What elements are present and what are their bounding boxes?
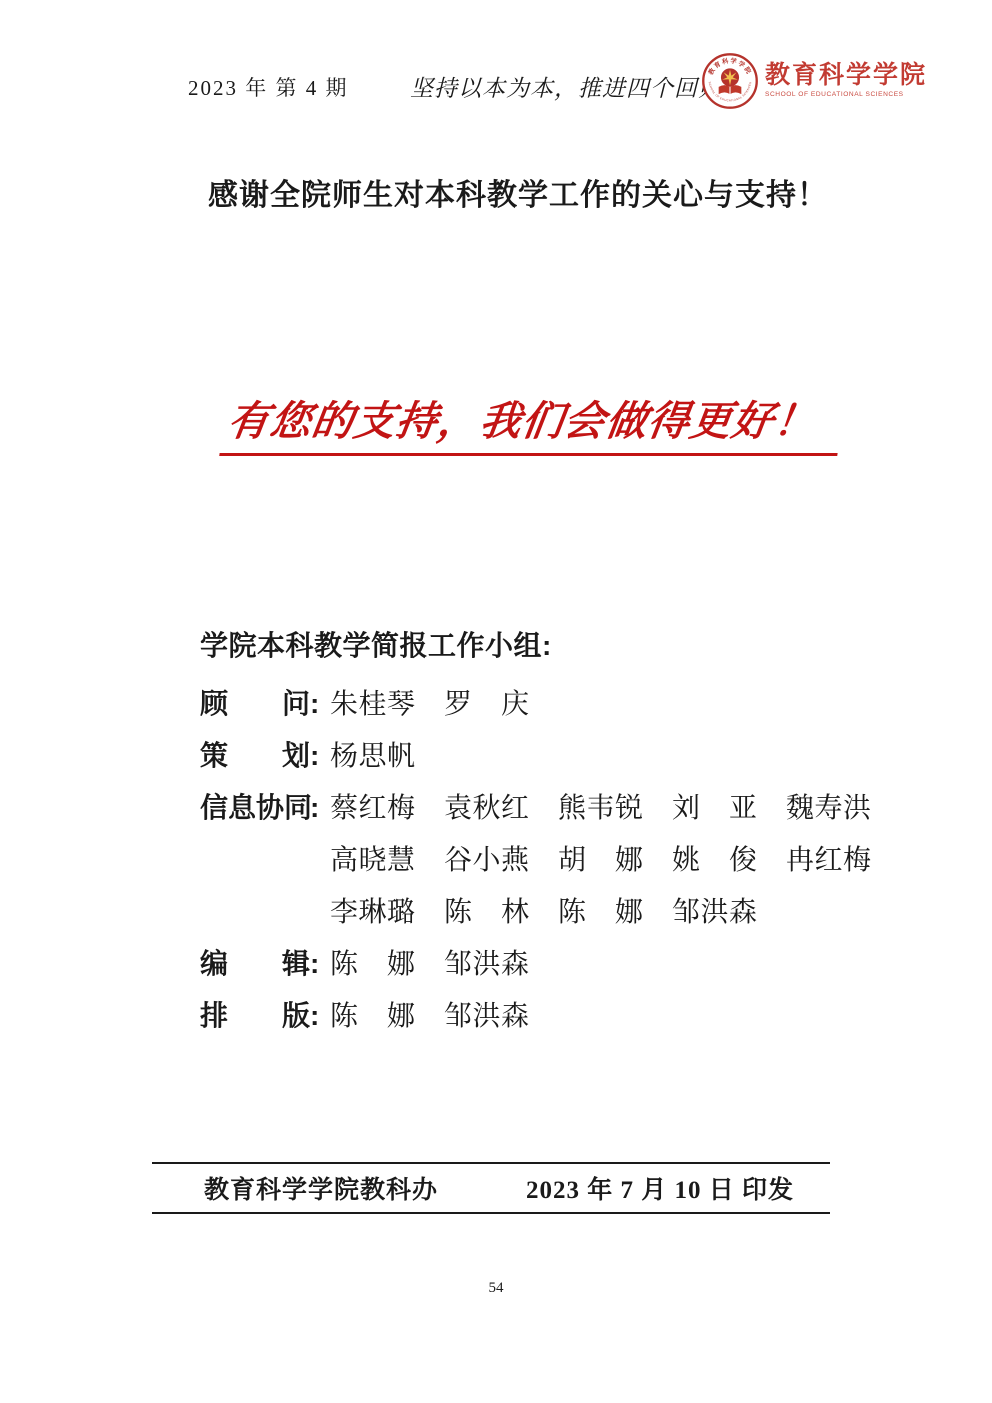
staff-names: 蔡红梅 袁秋红 熊韦锐 刘 亚 魏寿洪 [330,792,872,823]
staff-role-colon: : [310,938,324,990]
staff-role-colon: : [310,678,324,730]
staff-row-advisor: 顾问:朱桂琴 罗 庆 [200,678,872,730]
red-slogan-text: 有您的支持，我们会做得更好！ [219,388,847,456]
staff-role-label: 排版 [200,990,310,1042]
staff-row-layout: 排版:陈 娜 邹洪森 [200,990,872,1042]
school-logo: 教育科学学院 SCHOOL OF EDUCATIONAL SCIENCES 教育… [701,52,927,110]
staff-role-colon: : [310,782,324,834]
staff-role-colon: : [310,730,324,782]
staff-names: 高晓慧 谷小燕 胡 娜 姚 俊 冉红梅 [330,844,872,875]
staff-list-title: 学院本科教学简报工作小组: [200,620,872,672]
staff-role-label: 顾问 [200,678,310,730]
page-number: 54 [0,1280,992,1297]
staff-row-info-coordination-cont: 高晓慧 谷小燕 胡 娜 姚 俊 冉红梅 [200,834,872,886]
colophon-bar: 教育科学学院教科办 2023 年 7 月 10 日 印发 [152,1162,830,1214]
school-name-cn: 教育科学学院 [765,63,927,88]
thanks-heading: 感谢全院师生对本科教学工作的关心与支持！ [0,170,992,214]
staff-role-label: 编辑 [200,938,310,990]
staff-names: 杨思帆 [330,740,416,771]
staff-list: 学院本科教学简报工作小组: 顾问:朱桂琴 罗 庆 策划:杨思帆 信息协同:蔡红梅… [200,620,872,1042]
document-page: 2023 年 第 4 期 坚持以本为本，推进四个回归 教育科学学院 SCHOOL… [0,0,992,1403]
staff-role-label: 策划 [200,730,310,782]
staff-names: 李琳璐 陈 林 陈 娜 邹洪森 [330,896,758,927]
staff-names: 陈 娜 邹洪森 [330,948,530,979]
staff-names: 朱桂琴 罗 庆 [330,688,530,719]
staff-role-label: 信息协同 [200,782,310,834]
staff-row-info-coordination: 信息协同:蔡红梅 袁秋红 熊韦锐 刘 亚 魏寿洪 [200,782,872,834]
staff-row-planner: 策划:杨思帆 [200,730,872,782]
colophon-issuer: 教育科学学院教科办 [204,1170,438,1206]
colophon-date: 2023 年 7 月 10 日 印发 [526,1170,794,1206]
school-logo-text: 教育科学学院 SCHOOL OF EDUCATIONAL SCIENCES [765,63,927,99]
staff-row-info-coordination-cont: 李琳璐 陈 林 陈 娜 邹洪森 [200,886,872,938]
issue-label: 2023 年 第 4 期 [188,72,349,102]
staff-names: 陈 娜 邹洪森 [330,1000,530,1031]
header-motto: 坚持以本为本，推进四个回归 [410,70,722,103]
staff-role-colon: : [310,990,324,1042]
staff-row-editor: 编辑:陈 娜 邹洪森 [200,938,872,990]
school-name-en: SCHOOL OF EDUCATIONAL SCIENCES [765,92,927,99]
school-emblem-icon: 教育科学学院 SCHOOL OF EDUCATIONAL SCIENCES [701,52,759,110]
red-slogan-line: 有您的支持，我们会做得更好！ [0,388,992,456]
